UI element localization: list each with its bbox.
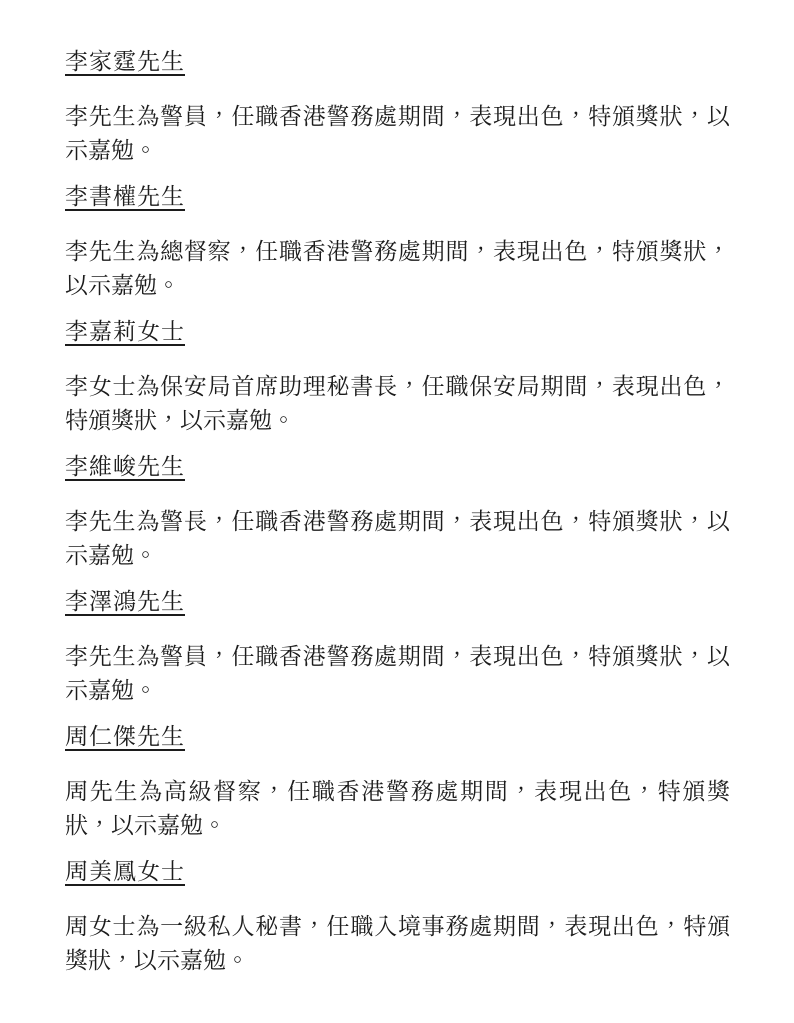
awardee-name: 李維峻先生 xyxy=(65,454,185,479)
citation-text: 李先生為警員，任職香港警務處期間，表現出色，特頒獎狀，以示嘉勉。 xyxy=(65,100,730,168)
citation-text: 李先生為警員，任職香港警務處期間，表現出色，特頒獎狀，以示嘉勉。 xyxy=(65,640,730,708)
awardee-name: 李書權先生 xyxy=(65,184,185,209)
citation-text: 周先生為高級督察，任職香港警務處期間，表現出色，特頒獎狀，以示嘉勉。 xyxy=(65,775,730,843)
citation-section: 李家霆先生 李先生為警員，任職香港警務處期間，表現出色，特頒獎狀，以示嘉勉。 xyxy=(65,45,730,168)
awardee-name-heading: 周美鳳女士 xyxy=(65,855,730,889)
awardee-name: 李家霆先生 xyxy=(65,49,185,74)
awardee-name: 李嘉莉女士 xyxy=(65,319,185,344)
citation-text: 周女士為一級私人秘書，任職入境事務處期間，表現出色，特頒獎狀，以示嘉勉。 xyxy=(65,910,730,978)
awardee-name-heading: 周仁傑先生 xyxy=(65,720,730,754)
citation-text: 李先生為總督察，任職香港警務處期間，表現出色，特頒獎狀，以示嘉勉。 xyxy=(65,235,730,303)
awardee-name-heading: 李嘉莉女士 xyxy=(65,315,730,349)
awardee-name: 李澤鴻先生 xyxy=(65,589,185,614)
citation-text: 李女士為保安局首席助理秘書長，任職保安局期間，表現出色，特頒獎狀，以示嘉勉。 xyxy=(65,370,730,438)
citation-section: 李嘉莉女士 李女士為保安局首席助理秘書長，任職保安局期間，表現出色，特頒獎狀，以… xyxy=(65,315,730,438)
citation-section: 李書權先生 李先生為總督察，任職香港警務處期間，表現出色，特頒獎狀，以示嘉勉。 xyxy=(65,180,730,303)
citation-section: 周仁傑先生 周先生為高級督察，任職香港警務處期間，表現出色，特頒獎狀，以示嘉勉。 xyxy=(65,720,730,843)
citation-text: 李先生為警長，任職香港警務處期間，表現出色，特頒獎狀，以示嘉勉。 xyxy=(65,505,730,573)
awardee-name-heading: 李澤鴻先生 xyxy=(65,585,730,619)
document-page: 李家霆先生 李先生為警員，任職香港警務處期間，表現出色，特頒獎狀，以示嘉勉。 李… xyxy=(0,0,794,1023)
awardee-name-heading: 李維峻先生 xyxy=(65,450,730,484)
awardee-name-heading: 李書權先生 xyxy=(65,180,730,214)
awardee-name: 周美鳳女士 xyxy=(65,859,185,884)
awardee-name-heading: 李家霆先生 xyxy=(65,45,730,79)
citation-section: 周美鳳女士 周女士為一級私人秘書，任職入境事務處期間，表現出色，特頒獎狀，以示嘉… xyxy=(65,855,730,978)
citation-section: 李維峻先生 李先生為警長，任職香港警務處期間，表現出色，特頒獎狀，以示嘉勉。 xyxy=(65,450,730,573)
awardee-name: 周仁傑先生 xyxy=(65,724,185,749)
citation-section: 李澤鴻先生 李先生為警員，任職香港警務處期間，表現出色，特頒獎狀，以示嘉勉。 xyxy=(65,585,730,708)
